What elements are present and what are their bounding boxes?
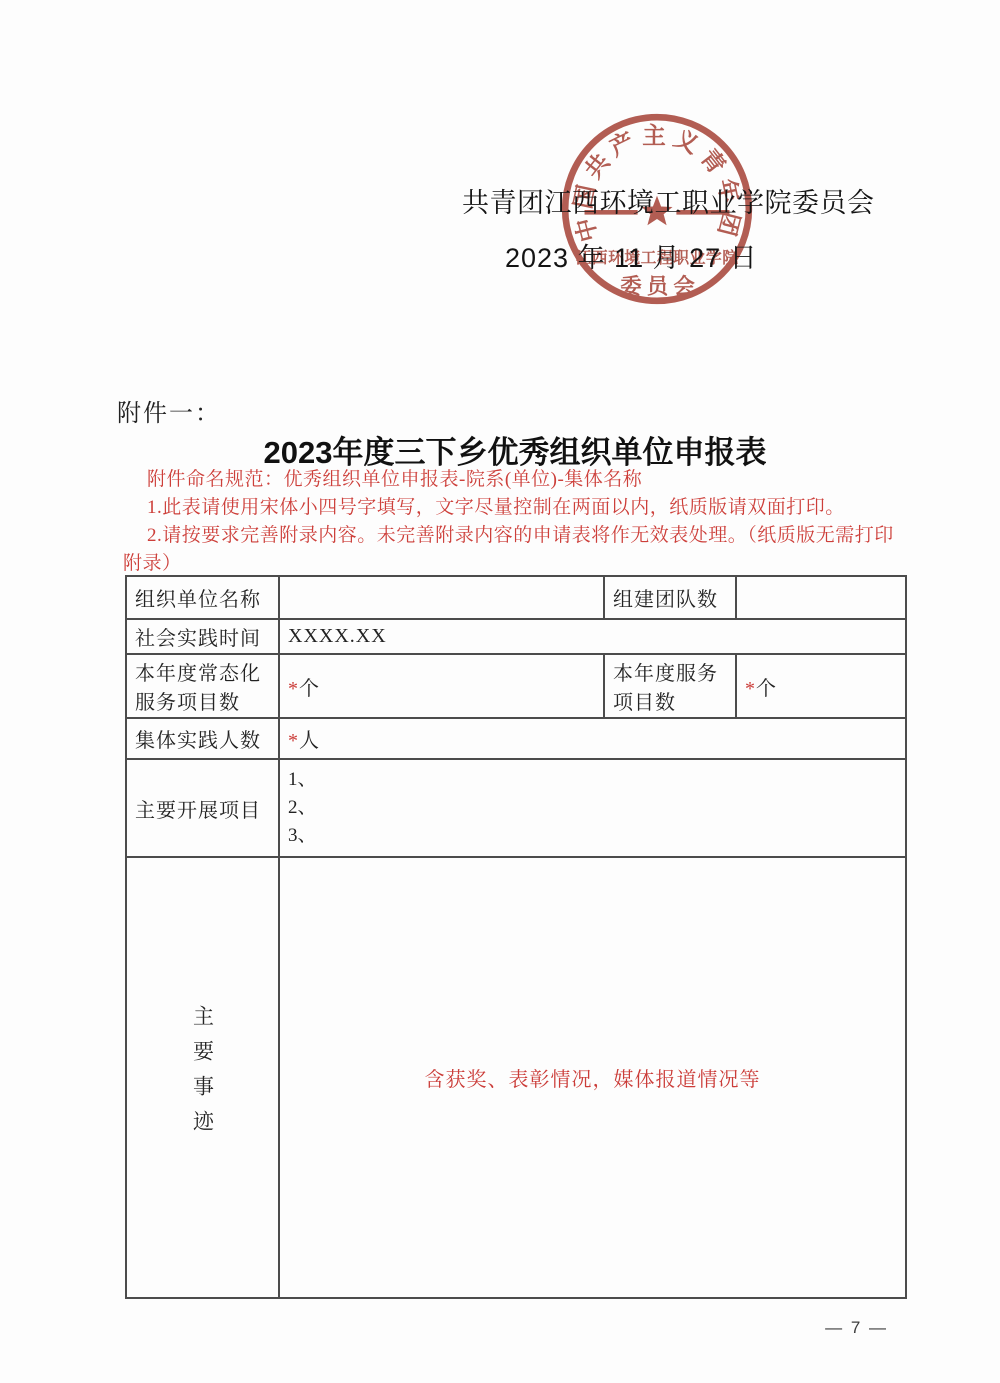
table-row: 本年度常态化服务项目数 *个 本年度服务项目数 *个: [126, 654, 906, 718]
note-1: 1.此表请使用宋体小四号字填写，文字尽量控制在两面以内，纸质版请双面打印。: [123, 494, 907, 522]
org-name-value: [279, 576, 604, 619]
unit-label: 人: [299, 730, 319, 752]
document-page: 中国共产主义青年团 江西环境工程职业学院 委员会 共青团江西环境工职业学院委员会…: [0, 0, 1000, 1383]
required-asterisk: *: [745, 678, 755, 700]
main-deeds-label: 主要事迹: [188, 1005, 218, 1145]
table-row: 集体实践人数 *人: [126, 718, 906, 759]
practice-time-value: XXXX.XX: [279, 619, 906, 654]
people-count-label: 集体实践人数: [126, 718, 279, 759]
table-row: 组织单位名称 组建团队数: [126, 576, 906, 619]
normalized-projects-value: *个: [279, 654, 604, 718]
required-asterisk: *: [288, 730, 298, 752]
main-deeds-content-cell: 含获奖、表彰情况，媒体报道情况等: [279, 857, 906, 1298]
main-projects-value: 1、 2、 3、: [279, 759, 906, 857]
note-2: 2.请按要求完善附录内容。未完善附录内容的申请表将作无效表处理。（纸质版无需打印…: [123, 522, 907, 578]
unit-label: 个: [756, 678, 776, 700]
people-count-value: *人: [279, 718, 906, 759]
team-count-label: 组建团队数: [604, 576, 736, 619]
page-number: — 7 —: [825, 1318, 888, 1338]
main-deeds-hint: 含获奖、表彰情况，媒体报道情况等: [288, 1063, 897, 1092]
required-asterisk: *: [288, 678, 298, 700]
project-item-2: 2、: [288, 794, 897, 822]
projects-list: 1、 2、 3、: [288, 766, 897, 850]
project-item-3: 3、: [288, 822, 897, 850]
main-projects-label: 主要开展项目: [126, 759, 279, 857]
note-naming-rule: 附件命名规范：优秀组织单位申报表-院系(单位)-集体名称: [123, 466, 907, 494]
main-deeds-label-cell: 主要事迹: [126, 857, 279, 1298]
service-projects-label: 本年度服务项目数: [604, 654, 736, 718]
team-count-value: [736, 576, 906, 619]
committee-signature-line: 共青团江西环境工职业学院委员会: [462, 181, 875, 220]
application-form-table: 组织单位名称 组建团队数 社会实践时间 XXXX.XX 本年度常态化服务项目数 …: [125, 575, 907, 1299]
service-projects-value: *个: [736, 654, 906, 718]
instruction-notes: 附件命名规范：优秀组织单位申报表-院系(单位)-集体名称 1.此表请使用宋体小四…: [123, 466, 907, 578]
practice-time-label: 社会实践时间: [126, 619, 279, 654]
attachment-label: 附件一：: [117, 393, 221, 428]
seal-bottom-text: 委员会: [620, 274, 700, 299]
table-row: 社会实践时间 XXXX.XX: [126, 619, 906, 654]
table-row: 主要事迹 含获奖、表彰情况，媒体报道情况等: [126, 857, 906, 1298]
project-item-1: 1、: [288, 766, 897, 794]
table-row: 主要开展项目 1、 2、 3、: [126, 759, 906, 857]
org-name-label: 组织单位名称: [126, 576, 279, 619]
signature-date-line: 2023 年 11 月 27 日: [505, 236, 758, 275]
normalized-projects-label: 本年度常态化服务项目数: [126, 654, 279, 718]
unit-label: 个: [299, 678, 319, 700]
